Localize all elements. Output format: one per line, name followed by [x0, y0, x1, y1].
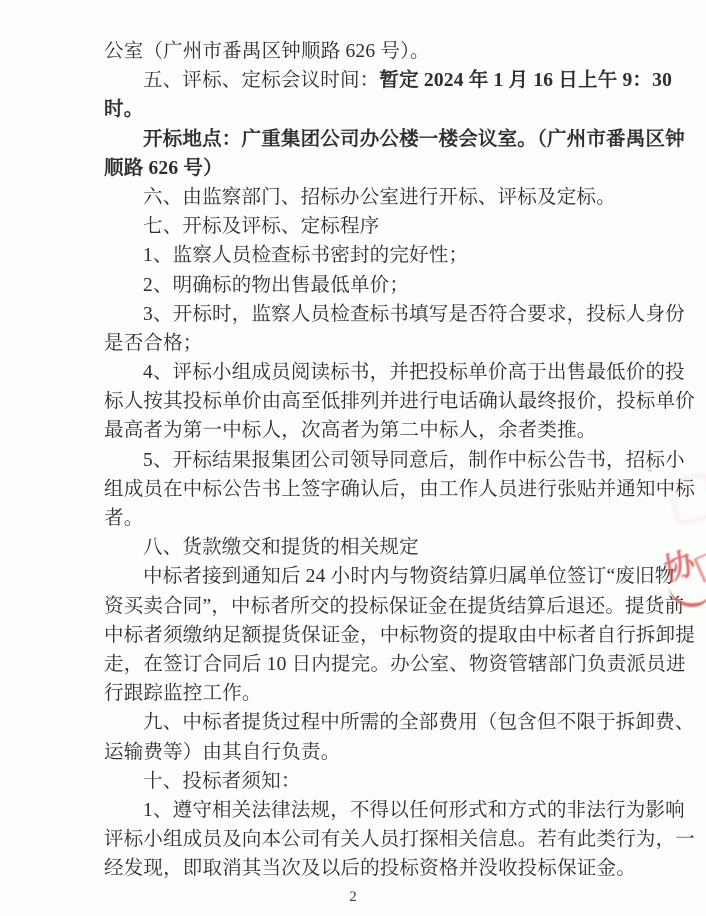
text-segment: 资买卖合同”，中标者所交的投标保证金在提货结算后退还。提货前 — [104, 596, 684, 617]
text-segment: 5、开标结果报集团公司领导同意后，制作中标公告书，招标小 — [143, 450, 685, 471]
text-segment: 八、货款缴交和提货的相关规定 — [143, 537, 419, 558]
text-segment: 者。 — [104, 508, 143, 529]
text-segment-bold: 时。 — [104, 99, 143, 120]
text-segment: 标人按其投标单价由高至低排列并进行电话确认最终报价，投标单价 — [104, 391, 695, 412]
text-line: 3、开标时，监察人员检查标书填写是否符合要求，投标人身份 — [104, 300, 644, 329]
text-line: 开标地点：广重集团公司办公楼一楼会议室。（广州市番禺区钟 — [104, 125, 644, 154]
page-number: 2 — [0, 889, 706, 906]
text-segment: 中标者接到通知后 24 小时内与物资结算归属单位签订“废旧物 — [143, 566, 674, 587]
text-segment: 评标小组成员及向本公司有关人员打探相关信息。若有此类行为，一 — [104, 829, 695, 850]
text-segment: 中标者须缴纳足额提货保证金，中标物资的提取由中标者自行拆卸提 — [104, 625, 695, 646]
text-segment: 组成员在中标公告书上签字确认后，由工作人员进行张贴并通知中标 — [104, 479, 695, 500]
text-line: 五、评标、定标会议时间：暂定 2024 年 1 月 16 日上午 9：30 — [104, 66, 644, 95]
text-segment: 3、开标时，监察人员检查标书填写是否符合要求，投标人身份 — [143, 304, 685, 325]
text-line: 4、评标小组成员阅读标书，并把投标单价高于出售最低价的投 — [104, 358, 644, 387]
text-line: 九、中标者提货过程中所需的全部费用（包含但不限于拆卸费、 — [104, 708, 644, 737]
text-line: 走，在签订合同后 10 日内提完。办公室、物资管辖部门负责派员进 — [104, 650, 644, 679]
text-segment-bold: 开标地点：广重集团公司办公楼一楼会议室。（广州市番禺区钟 — [143, 129, 685, 150]
text-line: 标人按其投标单价由高至低排列并进行电话确认最终报价，投标单价 — [104, 387, 644, 416]
text-segment-bold: 顺路 626 号） — [104, 158, 223, 179]
text-line: 时。 — [104, 95, 644, 124]
text-line: 组成员在中标公告书上签字确认后，由工作人员进行张贴并通知中标 — [104, 475, 644, 504]
text-segment: 九、中标者提货过程中所需的全部费用（包含但不限于拆卸费、 — [143, 712, 695, 733]
text-segment: 行跟踪监控工作。 — [104, 683, 262, 704]
text-segment: 走，在签订合同后 10 日内提完。办公室、物资管辖部门负责派员进 — [104, 654, 686, 675]
text-segment: 运输费等）由其自行负责。 — [104, 742, 340, 763]
text-line: 六、由监察部门、招标办公室进行开标、评标及定标。 — [104, 183, 644, 212]
text-line: 十、投标者须知： — [104, 767, 644, 796]
text-segment: 4、评标小组成员阅读标书，并把投标单价高于出售最低价的投 — [143, 362, 685, 383]
text-segment: 是否合格； — [104, 333, 203, 354]
text-segment: 2、明确标的物出售最低单价； — [143, 275, 409, 296]
text-segment: 七、开标及评标、定标程序 — [143, 216, 379, 237]
text-line: 者。 — [104, 504, 644, 533]
text-line: 1、监察人员检查标书密封的完好性； — [104, 241, 644, 270]
text-line: 2、明确标的物出售最低单价； — [104, 271, 644, 300]
text-segment: 1、遵守相关法律法规，不得以任何形式和方式的非法行为影响 — [143, 800, 685, 821]
text-line: 1、遵守相关法律法规，不得以任何形式和方式的非法行为影响 — [104, 796, 644, 825]
text-line: 行跟踪监控工作。 — [104, 679, 644, 708]
text-segment: 五、评标、定标会议时间： — [143, 70, 379, 91]
text-line: 5、开标结果报集团公司领导同意后，制作中标公告书，招标小 — [104, 446, 644, 475]
text-segment: 公室（广州市番禺区钟顺路 626 号）。 — [104, 41, 430, 62]
text-segment-bold: 暂定 2024 年 1 月 16 日上午 9：30 — [379, 70, 672, 91]
text-segment: 最高者为第一中标人，次高者为第二中标人，余者类推。 — [104, 420, 597, 441]
text-line: 中标者须缴纳足额提货保证金，中标物资的提取由中标者自行拆卸提 — [104, 621, 644, 650]
text-segment: 1、监察人员检查标书密封的完好性； — [143, 245, 468, 266]
text-line: 公室（广州市番禺区钟顺路 626 号）。 — [104, 37, 644, 66]
text-segment: 经发现，即取消其当次及以后的投标资格并没收投标保证金。 — [104, 858, 636, 879]
text-line: 经发现，即取消其当次及以后的投标资格并没收投标保证金。 — [104, 854, 644, 883]
stamp-partial-character — [693, 553, 706, 582]
text-segment: 十、投标者须知： — [143, 771, 301, 792]
document-page: 公室（广州市番禺区钟顺路 626 号）。五、评标、定标会议时间：暂定 2024 … — [0, 0, 706, 916]
text-line: 评标小组成员及向本公司有关人员打探相关信息。若有此类行为，一 — [104, 825, 644, 854]
text-line: 七、开标及评标、定标程序 — [104, 212, 644, 241]
text-line: 是否合格； — [104, 329, 644, 358]
text-line: 资买卖合同”，中标者所交的投标保证金在提货结算后退还。提货前 — [104, 592, 644, 621]
document-body: 公室（广州市番禺区钟顺路 626 号）。五、评标、定标会议时间：暂定 2024 … — [104, 37, 644, 883]
text-line: 八、货款缴交和提货的相关规定 — [104, 533, 644, 562]
text-line: 中标者接到通知后 24 小时内与物资结算归属单位签订“废旧物 — [104, 562, 644, 591]
text-line: 运输费等）由其自行负责。 — [104, 738, 644, 767]
text-line: 最高者为第一中标人，次高者为第二中标人，余者类推。 — [104, 416, 644, 445]
text-segment: 六、由监察部门、招标办公室进行开标、评标及定标。 — [143, 187, 616, 208]
text-line: 顺路 626 号） — [104, 154, 644, 183]
